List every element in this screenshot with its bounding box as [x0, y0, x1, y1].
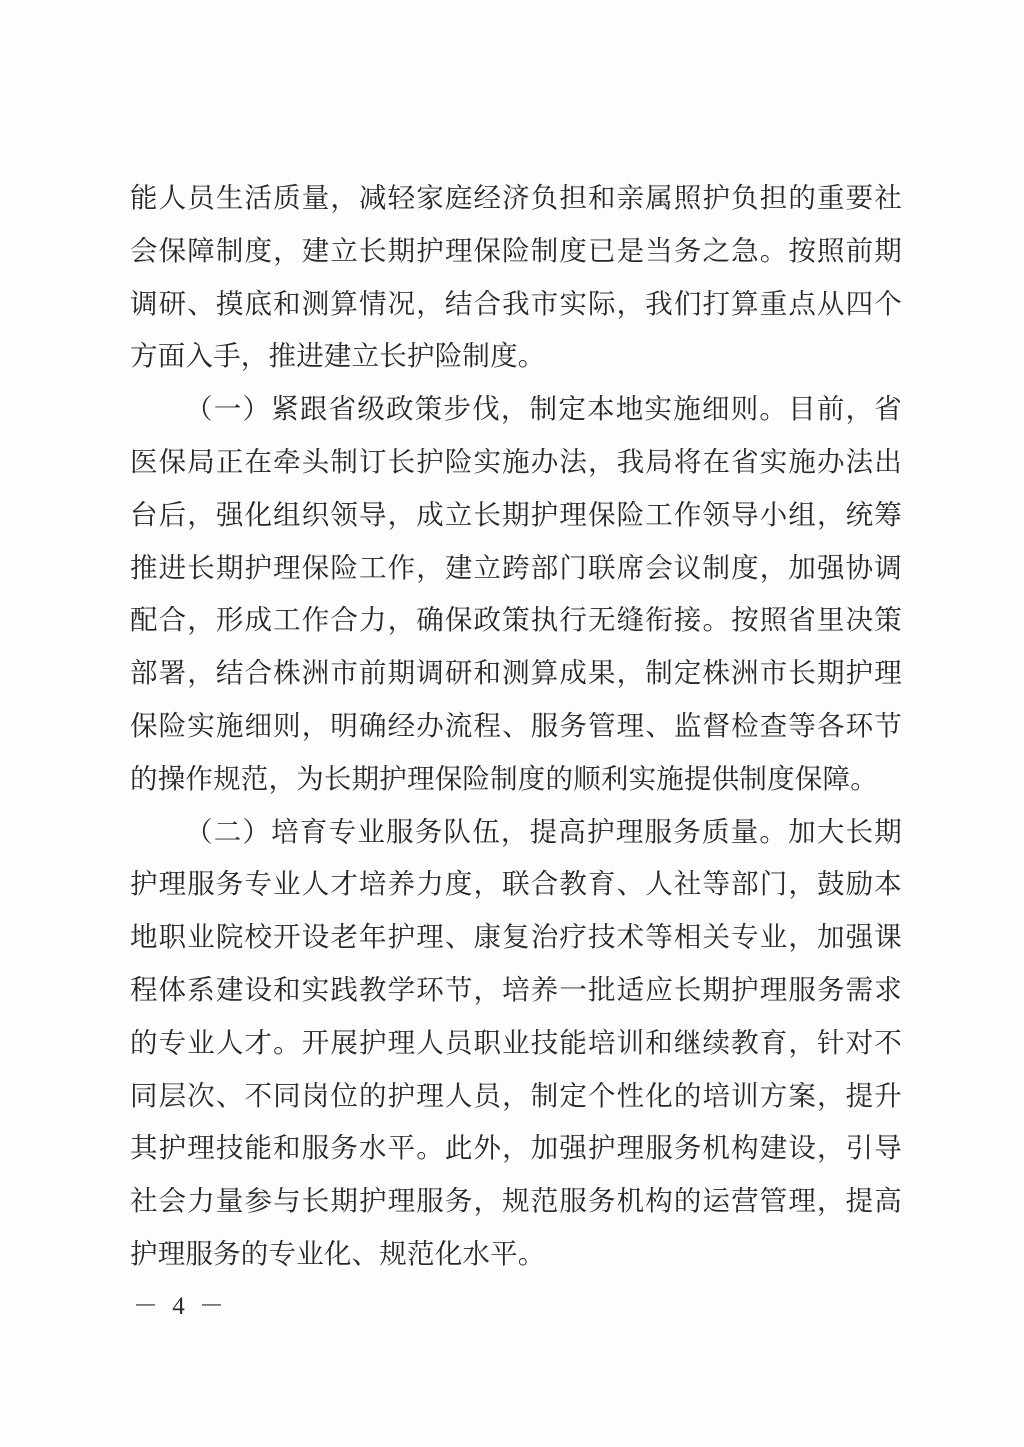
paragraph-section-one: （一）紧跟省级政策步伐，制定本地实施细则。目前，省医保局正在牵头制订长护险实施办…: [130, 383, 902, 805]
document-body: 能人员生活质量，减轻家庭经济负担和亲属照护负担的重要社会保障制度，建立长期护理保…: [130, 172, 902, 1281]
paragraph-section-two: （二）培育专业服务队伍，提高护理服务质量。加大长期护理服务专业人才培养力度，联合…: [130, 806, 902, 1281]
paragraph-continuation: 能人员生活质量，减轻家庭经济负担和亲属照护负担的重要社会保障制度，建立长期护理保…: [130, 172, 902, 383]
scanned-document-page: { "document": { "page_number": "－ 4 －", …: [0, 0, 1024, 1447]
page-number: － 4 －: [133, 1292, 228, 1322]
page-canvas: 能人员生活质量，减轻家庭经济负担和亲属照护负担的重要社会保障制度，建立长期护理保…: [0, 0, 1024, 1447]
